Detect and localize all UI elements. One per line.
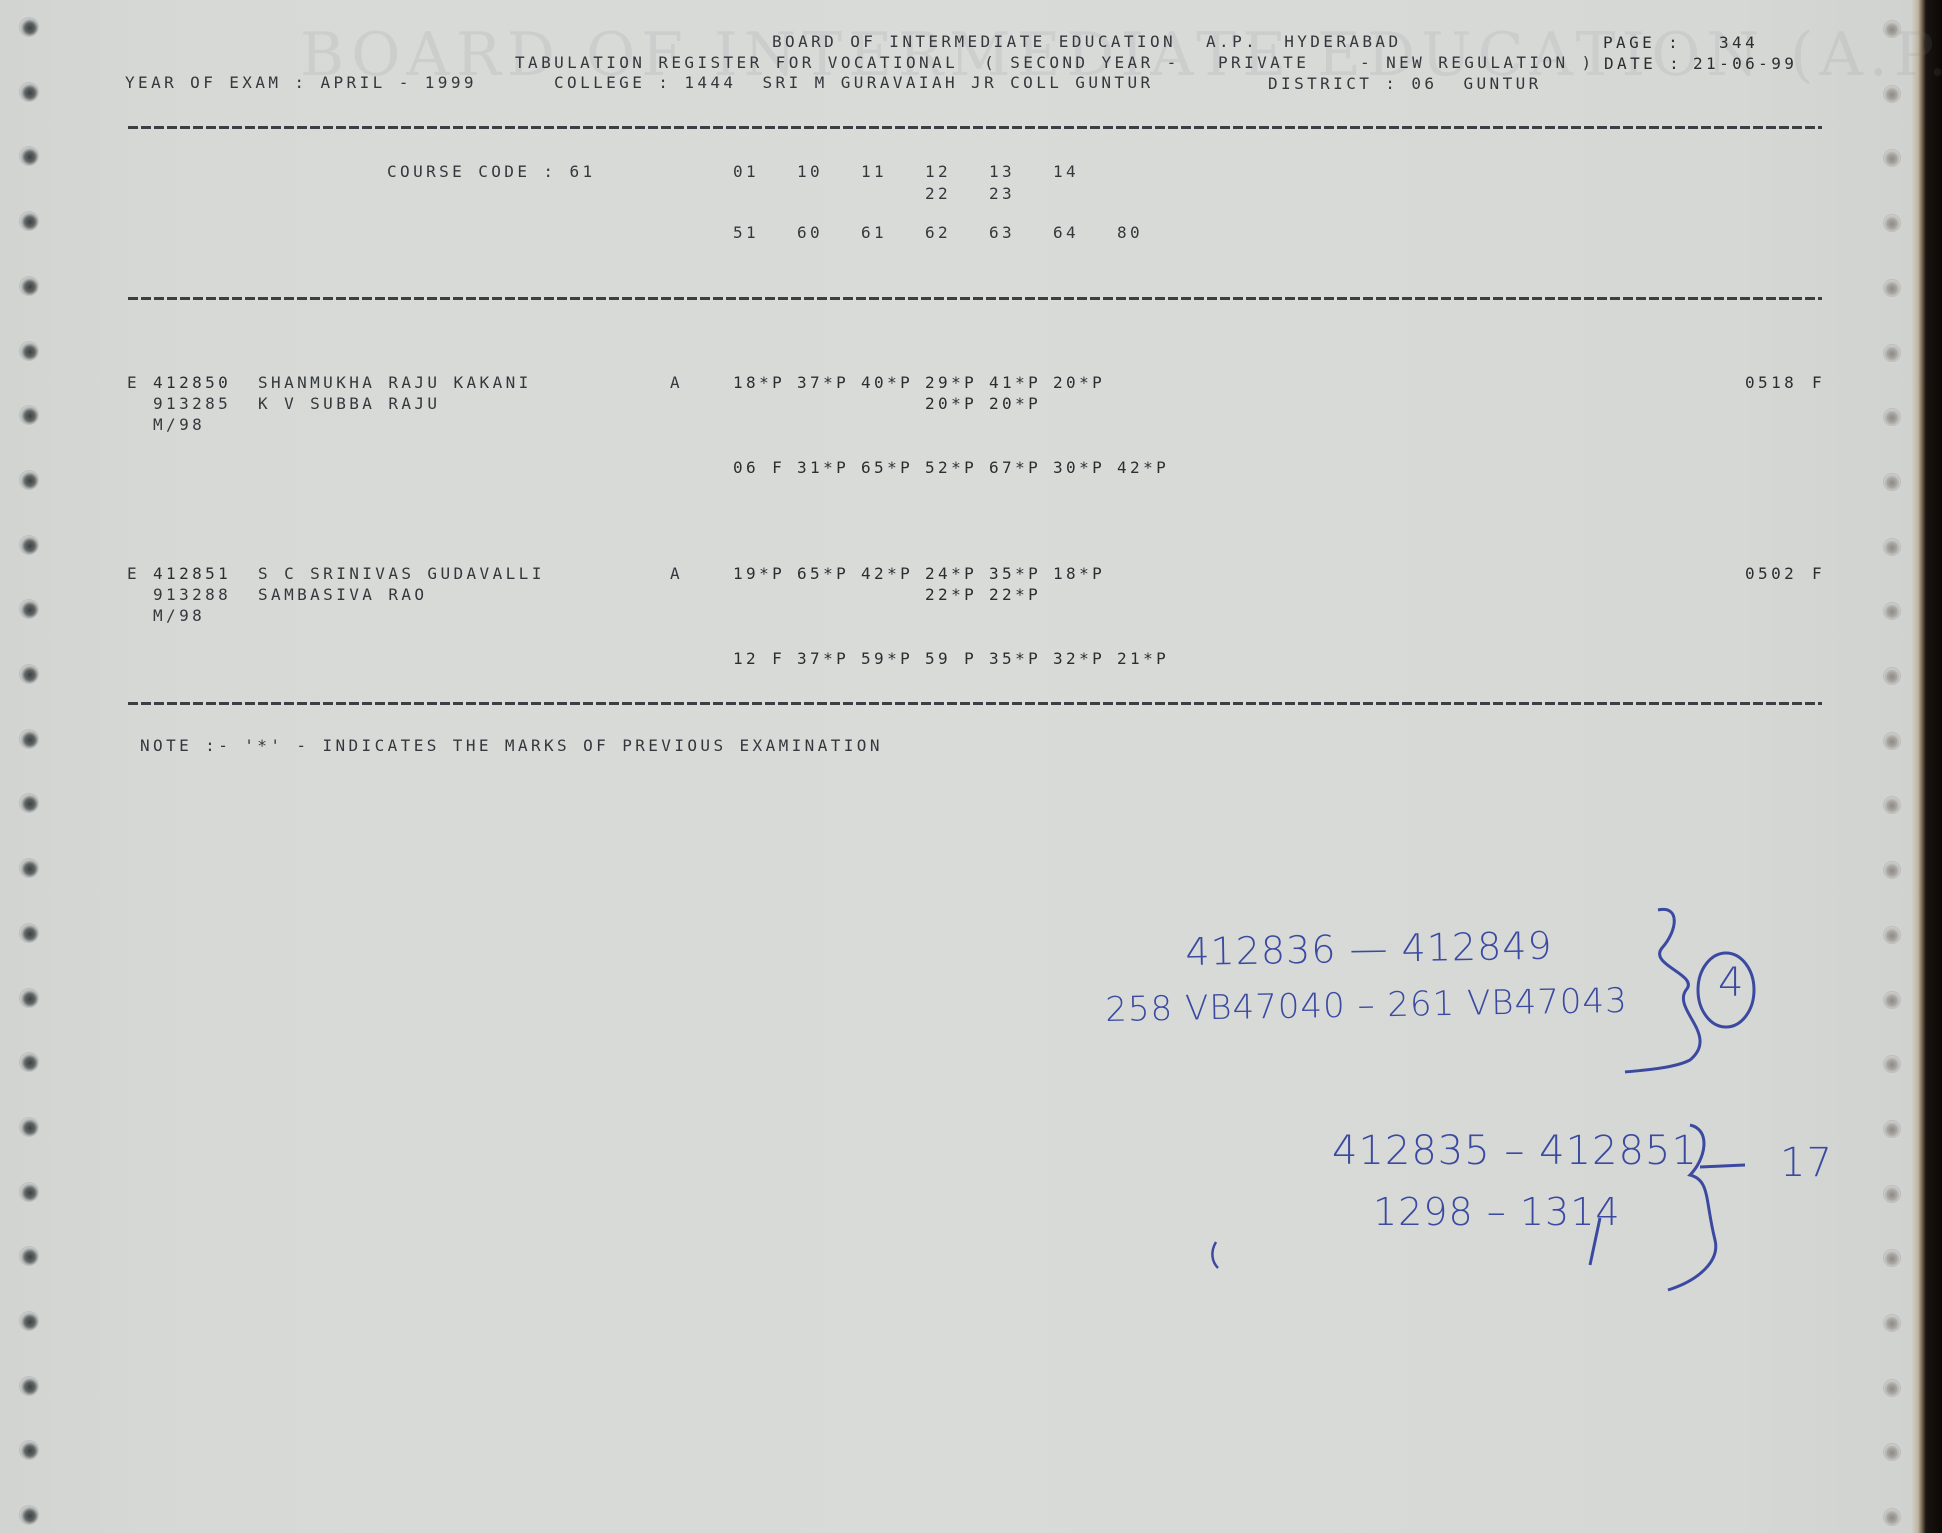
handwritten-braces	[0, 0, 1942, 1533]
